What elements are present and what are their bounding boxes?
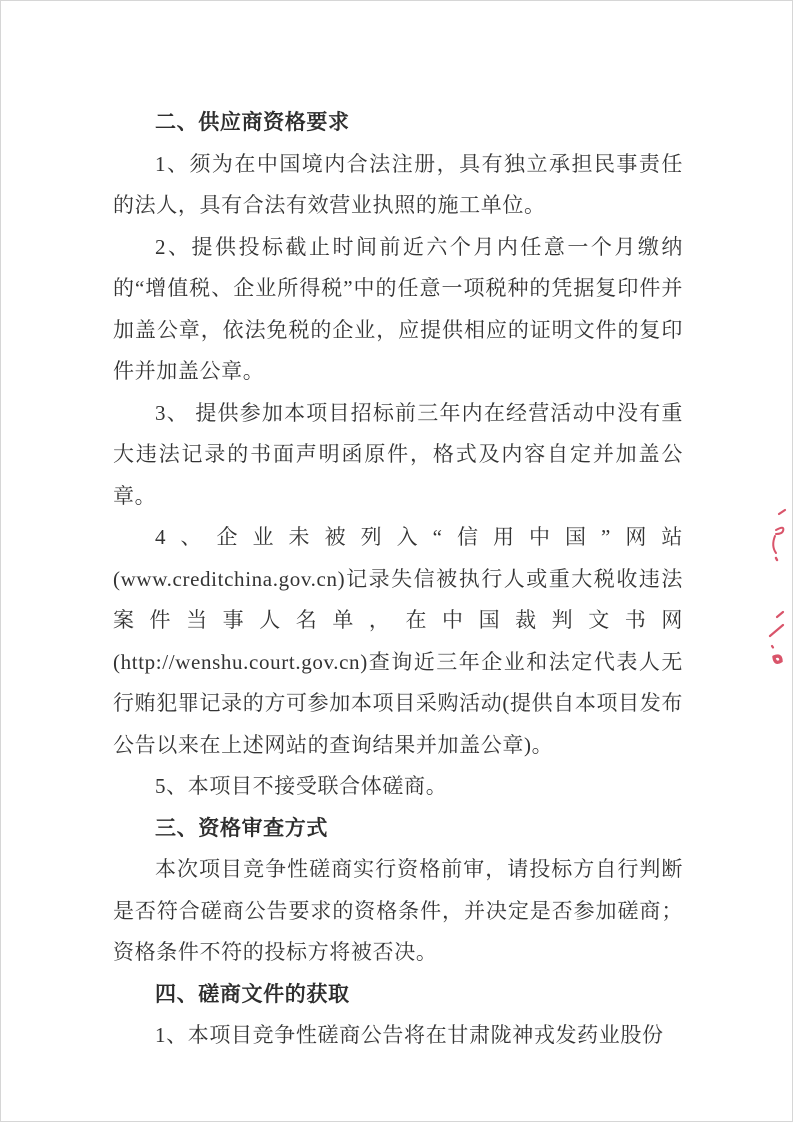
- paragraph-document-acquisition-item-1: 1、本项目竞争性磋商公告将在甘肃陇神戎发药业股份: [113, 1015, 683, 1057]
- paragraph-qualification-item-4: 4、企业未被列入“信用中国”网站(www.creditchina.gov.cn)…: [113, 517, 683, 766]
- handwritten-red-ink-mark-lower: [761, 607, 791, 667]
- paragraph-qualification-review: 本次项目竞争性磋商实行资格前审，请投标方自行判断是否符合磋商公告要求的资格条件，…: [113, 849, 683, 974]
- section-heading-qualification-review: 三、资格审查方式: [113, 808, 683, 850]
- paragraph-qualification-item-5: 5、本项目不接受联合体磋商。: [113, 766, 683, 808]
- red-ink-stroke: [779, 510, 785, 514]
- red-ink-stroke: [770, 625, 783, 636]
- handwritten-red-ink-mark-upper: [763, 503, 793, 567]
- document-page: 二、供应商资格要求 1、须为在中国境内合法注册，具有独立承担民事责任的法人，具有…: [0, 0, 793, 1122]
- red-ink-stroke: [776, 558, 777, 560]
- paragraph-qualification-item-2: 2、提供投标截止时间前近六个月内任意一个月缴纳的“增值税、企业所得税”中的任意一…: [113, 227, 683, 393]
- red-ink-stroke: [773, 536, 776, 553]
- red-ink-stroke: [776, 528, 783, 534]
- section-heading-supplier-qualification: 二、供应商资格要求: [113, 102, 683, 144]
- section-heading-document-acquisition: 四、磋商文件的获取: [113, 974, 683, 1016]
- paragraph-qualification-item-1: 1、须为在中国境内合法注册，具有独立承担民事责任的法人，具有合法有效营业执照的施…: [113, 144, 683, 227]
- paragraph-qualification-item-3: 3、 提供参加本项目招标前三年内在经营活动中没有重大违法记录的书面声明函原件，格…: [113, 393, 683, 518]
- red-ink-stroke: [774, 656, 781, 662]
- red-ink-stroke: [777, 612, 783, 617]
- document-body: 二、供应商资格要求 1、须为在中国境内合法注册，具有独立承担民事责任的法人，具有…: [113, 102, 683, 1057]
- red-ink-stroke: [772, 646, 773, 648]
